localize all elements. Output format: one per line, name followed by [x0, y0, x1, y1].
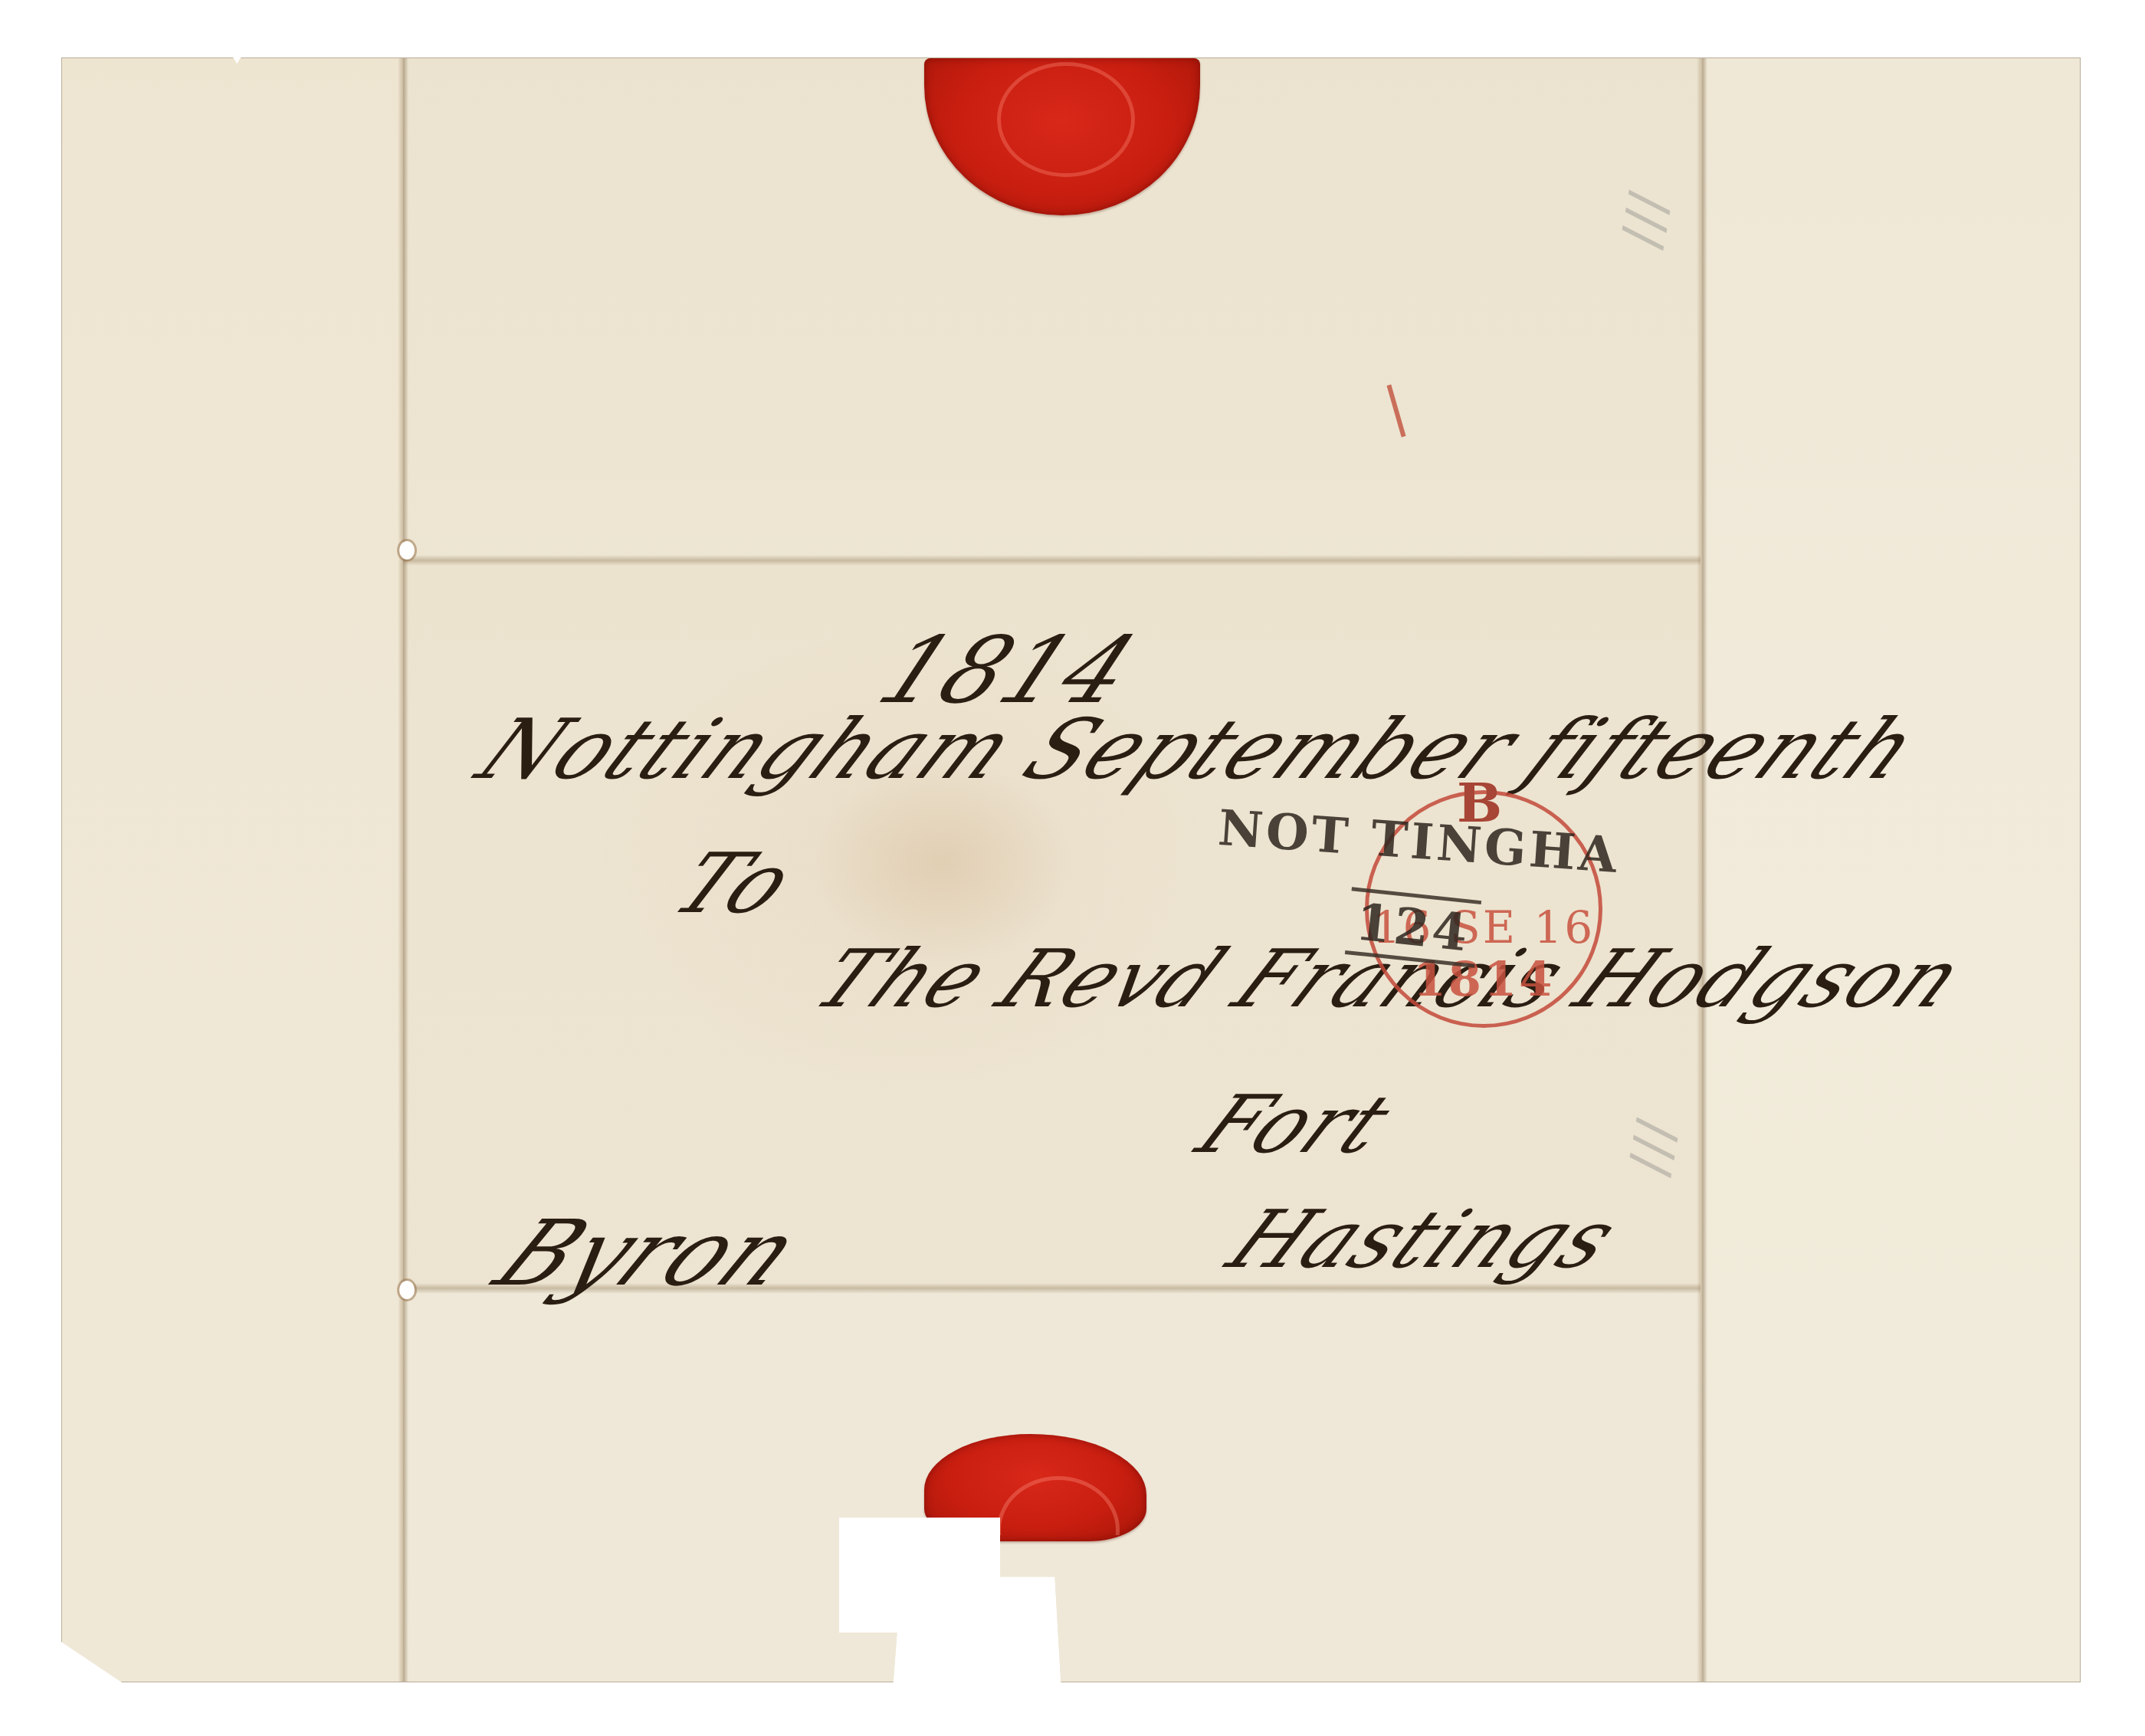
pencil-note-top-right: ⁣///	[1609, 188, 1681, 252]
right-flap-panel	[1701, 58, 2080, 1682]
fold-line-top	[403, 555, 1701, 566]
fold-line-right	[1697, 58, 1707, 1682]
fold-hole-lower	[399, 1281, 415, 1299]
handwritten-address-line2: Hastings	[1212, 1193, 1636, 1286]
fold-line-left	[398, 58, 408, 1682]
mileage-postmark: 124	[1345, 887, 1481, 967]
left-flap-panel	[62, 58, 403, 1682]
pencil-note-lower-right: ⁣///	[1617, 1115, 1688, 1180]
handwritten-place-date: Nottingham September fifteenth	[461, 702, 1937, 798]
letter-sheet: ⁣/// ⁣/// 1814 Nottingham September fift…	[61, 57, 2081, 1682]
fold-hole-upper	[399, 541, 415, 560]
torn-notch-bottom	[839, 1518, 1000, 1633]
